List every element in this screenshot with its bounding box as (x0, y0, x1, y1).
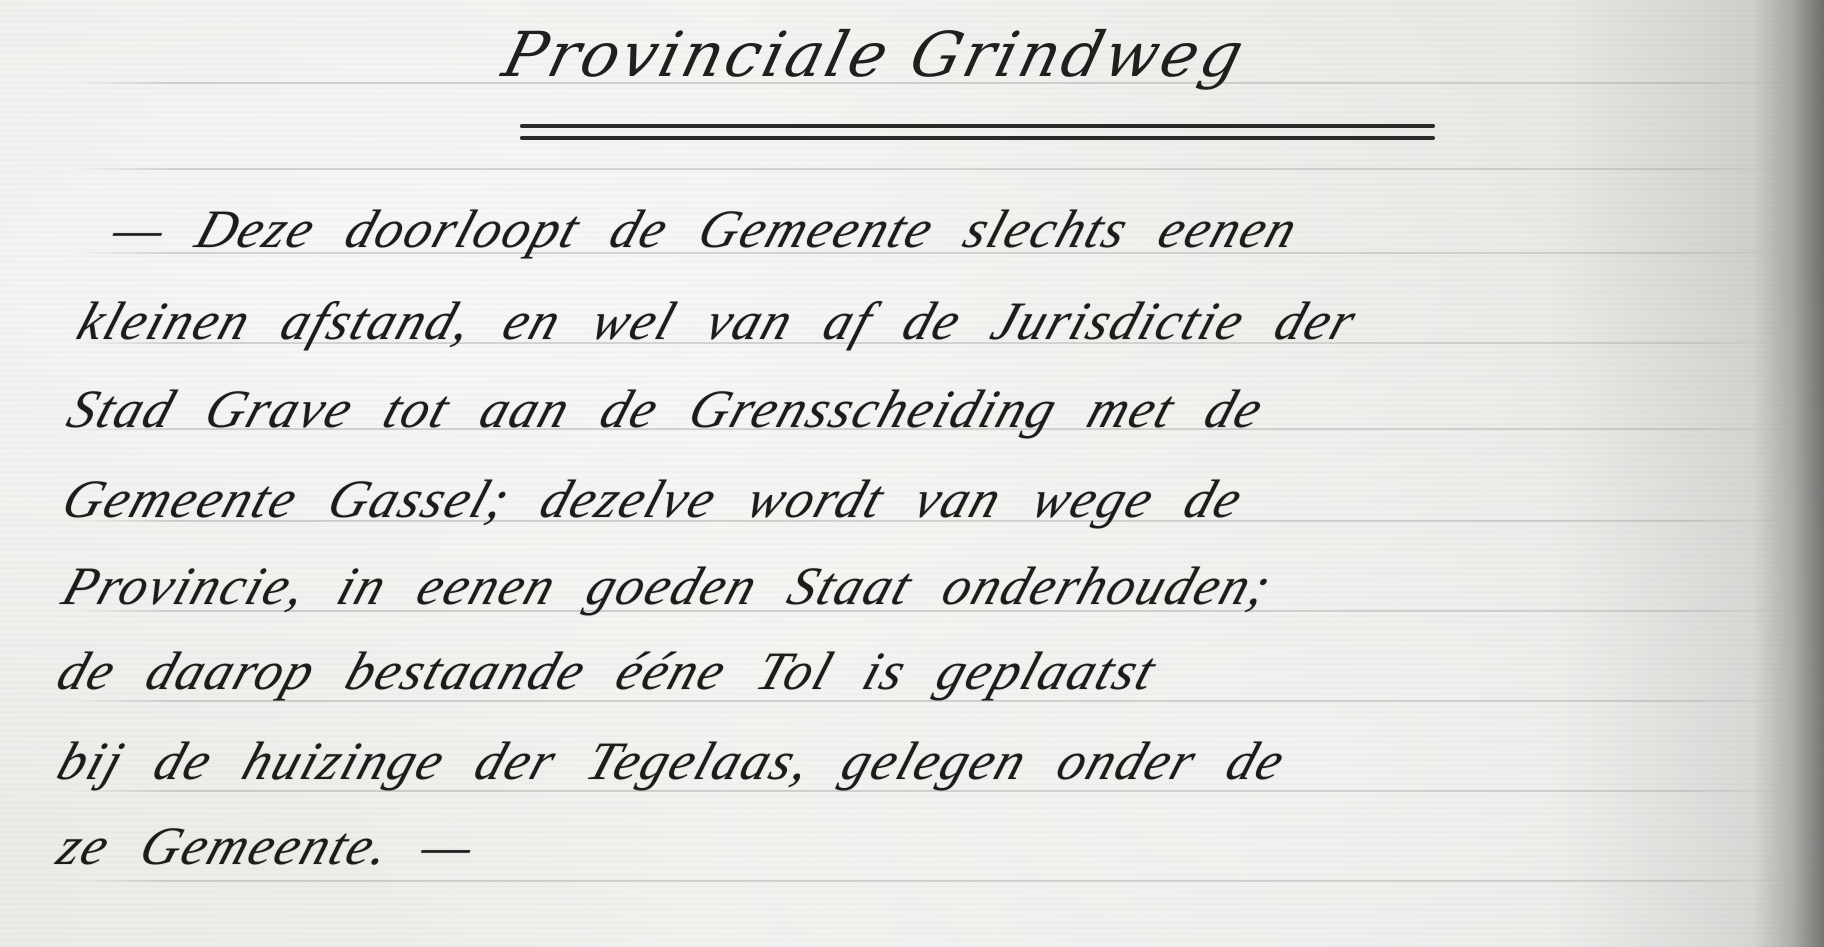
title-underline (520, 136, 1435, 140)
text-line-5: Provincie, in eenen goeden Staat onderho… (55, 555, 1281, 617)
title-underline (520, 124, 1435, 128)
text-line-2: kleinen afstand, en wel van af de Jurisd… (70, 290, 1365, 352)
text-line-4: Gemeente Gassel; dezelve wordt van wege … (55, 468, 1252, 530)
text-line-7: bij de huizinge der Tegelaas, gelegen on… (50, 730, 1294, 792)
ruled-line (70, 168, 1784, 170)
manuscript-page: Provinciale Grindweg — Deze doorloopt de… (0, 0, 1824, 947)
text-line-8: ze Gemeente. — (50, 815, 484, 877)
text-line-1: — Deze doorloopt de Gemeente slechts een… (105, 198, 1307, 260)
ruled-line (70, 880, 1784, 882)
text-line-3: Stad Grave tot aan de Grensscheiding met… (60, 378, 1272, 440)
document-title: Provinciale Grindweg (496, 18, 1444, 91)
text-line-6: de daarop bestaande ééne Tol is geplaats… (50, 640, 1165, 702)
